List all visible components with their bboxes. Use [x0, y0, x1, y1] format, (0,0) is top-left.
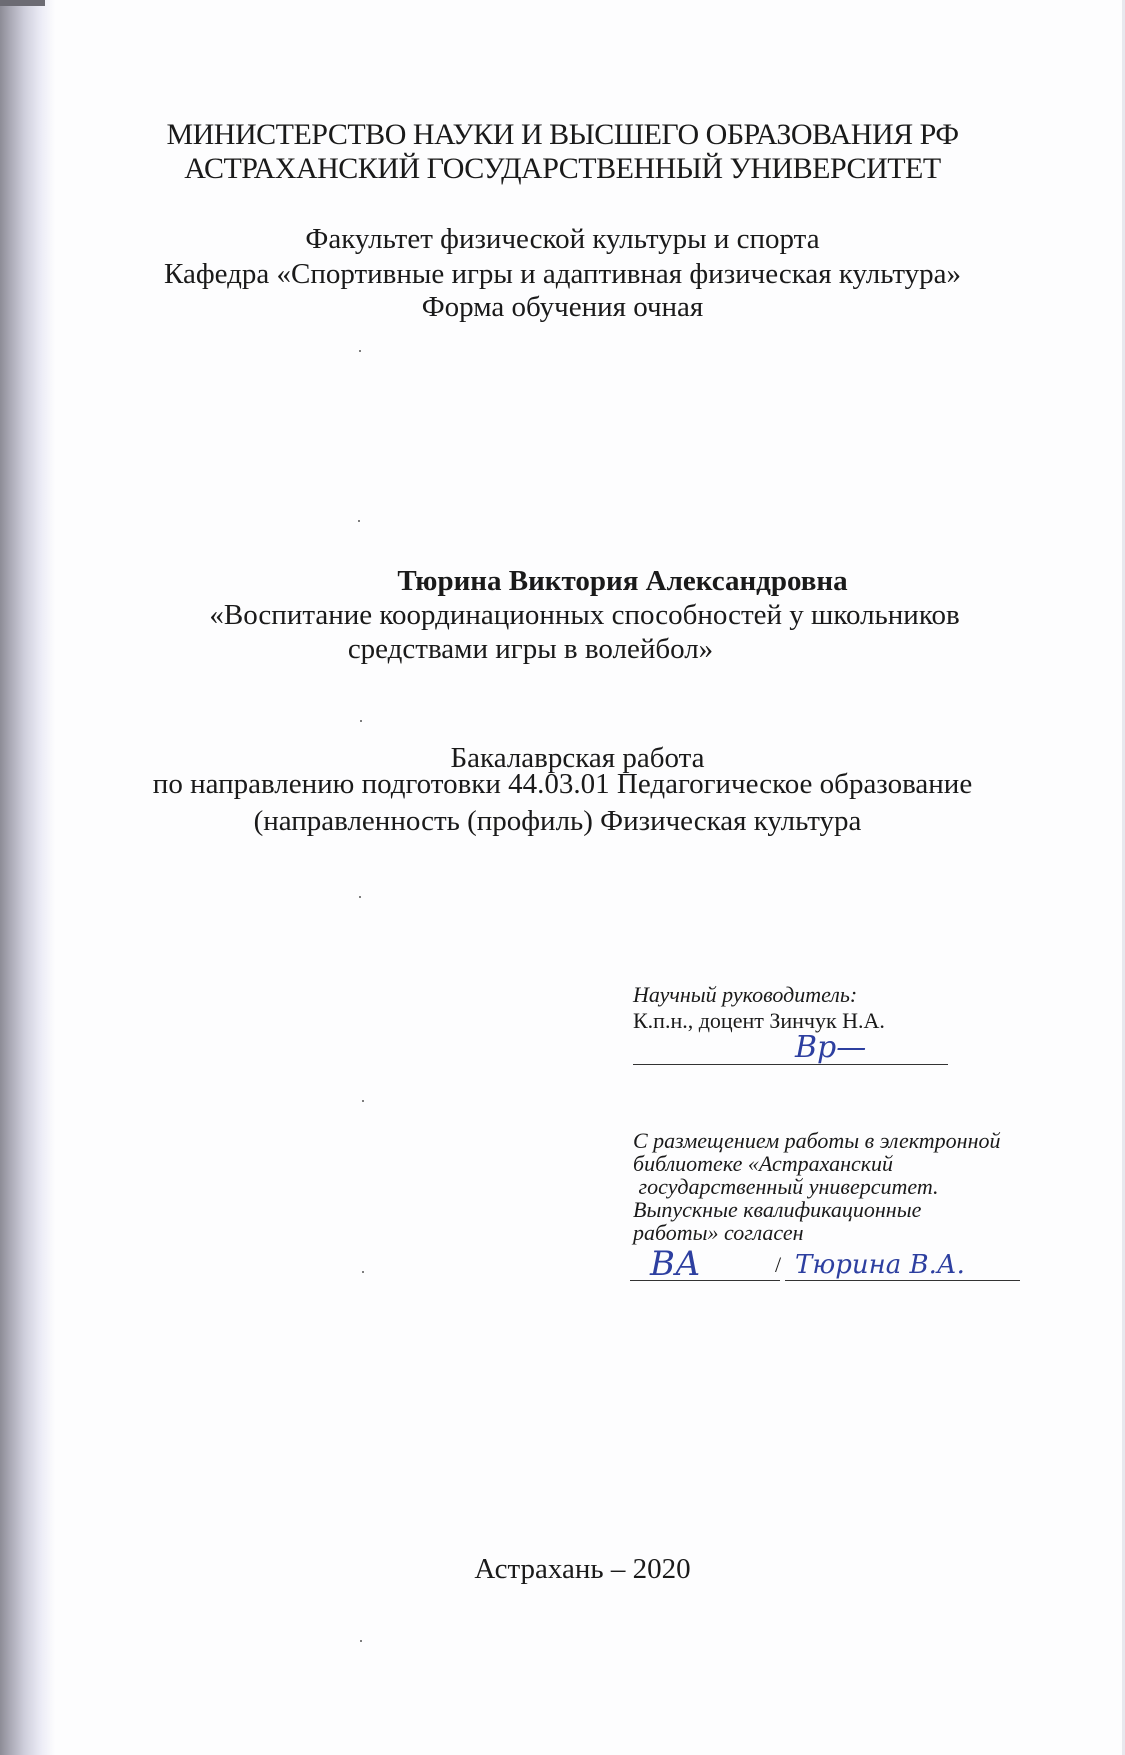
scan-speck	[360, 720, 362, 722]
author-name: Тюрина Виктория Александровна	[60, 564, 1125, 598]
city-year: Астрахань – 2020	[20, 1552, 1125, 1586]
student-signature: ВА	[650, 1244, 701, 1284]
student-name-handwritten: Тюрина В.А.	[795, 1250, 965, 1280]
student-signature-line	[630, 1280, 780, 1281]
scan-speck	[358, 520, 360, 522]
supervisor-signature: Вр—	[795, 1030, 866, 1065]
thesis-title-line2: средствами игры в волейбол»	[0, 632, 1093, 666]
signature-separator: /	[775, 1252, 781, 1278]
thesis-title-line1: «Воспитание координационных способностей…	[22, 598, 1125, 632]
supervisor-signature-line	[633, 1064, 948, 1065]
ministry-heading: МИНИСТЕРСТВО НАУКИ И ВЫСШЕГО ОБРАЗОВАНИЯ…	[0, 118, 1125, 152]
supervisor-label: Научный руководитель:	[633, 982, 857, 1008]
scan-binding-top	[0, 0, 45, 6]
student-name-line	[785, 1280, 1020, 1281]
university-heading: АСТРАХАНСКИЙ ГОСУДАРСТВЕННЫЙ УНИВЕРСИТЕТ	[0, 152, 1125, 186]
degree-direction: по направлению подготовки 44.03.01 Педаг…	[0, 767, 1125, 801]
scan-speck	[359, 896, 361, 898]
faculty-name: Факультет физической культуры и спорта	[0, 222, 1125, 256]
scan-speck	[362, 1271, 364, 1273]
consent-line-5: работы» согласен	[633, 1220, 804, 1246]
scan-speck	[362, 1100, 364, 1102]
department-name: Кафедра «Спортивные игры и адаптивная фи…	[0, 257, 1125, 291]
scan-speck	[359, 350, 361, 352]
degree-profile: (направленность (профиль) Физическая кул…	[0, 804, 1120, 838]
scan-speck	[360, 1640, 362, 1642]
study-form: Форма обучения очная	[0, 290, 1125, 324]
